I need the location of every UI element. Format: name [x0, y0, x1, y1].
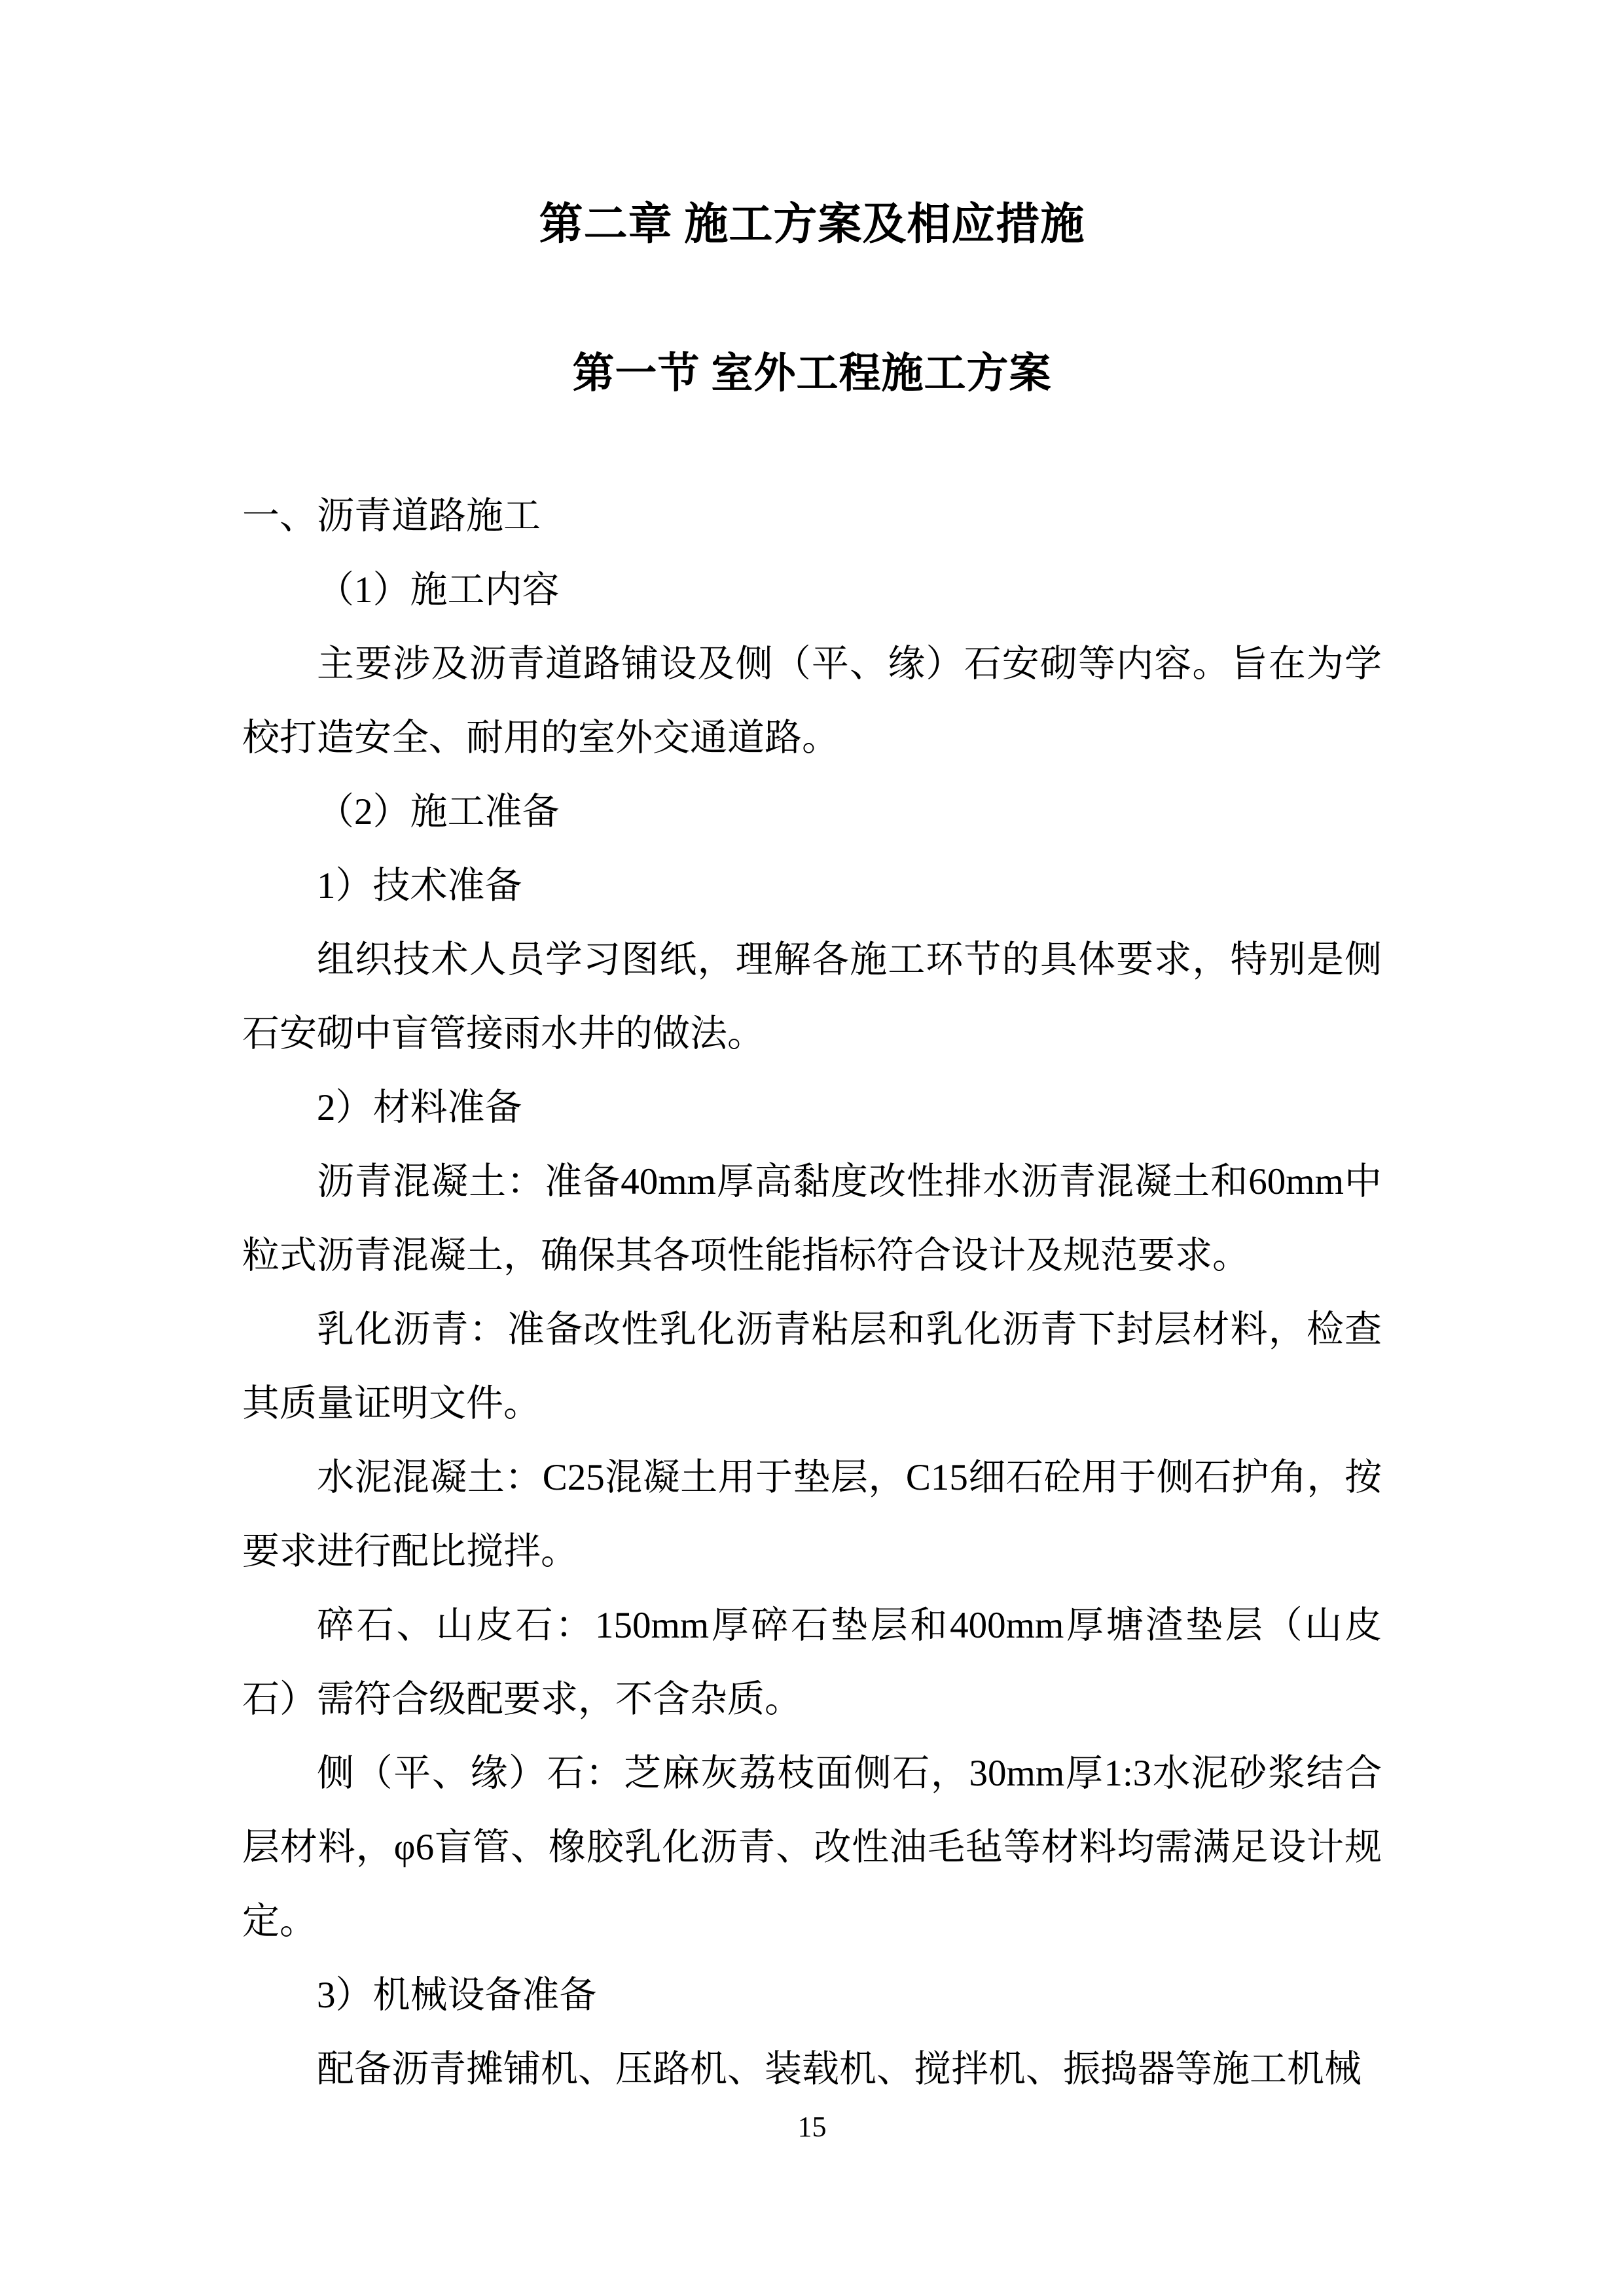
paragraph-construction-content: 主要涉及沥青道路铺设及侧（平、缘）石安砌等内容。旨在为学校打造安全、耐用的室外交… — [242, 627, 1382, 775]
document-content: 第二章 施工方案及相应措施 第一节 室外工程施工方案 一、沥青道路施工 （1）施… — [242, 0, 1382, 2106]
page-number: 15 — [0, 2111, 1624, 2143]
paragraph-technical-preparation: 组织技术人员学习图纸，理解各施工环节的具体要求，特别是侧石安砌中盲管接雨水井的做… — [242, 923, 1382, 1071]
paragraph-curb-stone: 侧（平、缘）石：芝麻灰荔枝面侧石，30mm厚1:3水泥砂浆结合层材料，φ6盲管、… — [242, 1736, 1382, 1958]
paragraph-crushed-stone: 碎石、山皮石：150mm厚碎石垫层和400mm厚塘渣垫层（山皮石）需符合级配要求… — [242, 1588, 1382, 1736]
document-page: 第二章 施工方案及相应措施 第一节 室外工程施工方案 一、沥青道路施工 （1）施… — [0, 0, 1624, 2296]
body-text: 一、沥青道路施工 （1）施工内容 主要涉及沥青道路铺设及侧（平、缘）石安砌等内容… — [242, 479, 1382, 2106]
paragraph-technical-preparation-heading: 1）技术准备 — [242, 849, 1382, 923]
paragraph-asphalt-concrete: 沥青混凝土：准备40mm厚高黏度改性排水沥青混凝土和60mm中粒式沥青混凝土，确… — [242, 1145, 1382, 1293]
paragraph-machinery-preparation-heading: 3）机械设备准备 — [242, 1958, 1382, 2032]
section-heading: 第一节 室外工程施工方案 — [242, 249, 1382, 397]
chapter-heading: 第二章 施工方案及相应措施 — [242, 0, 1382, 249]
paragraph-cement-concrete: 水泥混凝土：C25混凝土用于垫层，C15细石砼用于侧石护角，按要求进行配比搅拌。 — [242, 1441, 1382, 1588]
paragraph-emulsified-asphalt: 乳化沥青：准备改性乳化沥青粘层和乳化沥青下封层材料，检查其质量证明文件。 — [242, 1293, 1382, 1441]
paragraph-construction-content-heading: （1）施工内容 — [242, 553, 1382, 627]
paragraph-machinery-list: 配备沥青摊铺机、压路机、装载机、搅拌机、振捣器等施工机械 — [242, 2032, 1382, 2106]
paragraph-material-preparation-heading: 2）材料准备 — [242, 1071, 1382, 1145]
list-item-asphalt-road-construction: 一、沥青道路施工 — [242, 479, 1382, 553]
paragraph-construction-preparation-heading: （2）施工准备 — [242, 775, 1382, 849]
